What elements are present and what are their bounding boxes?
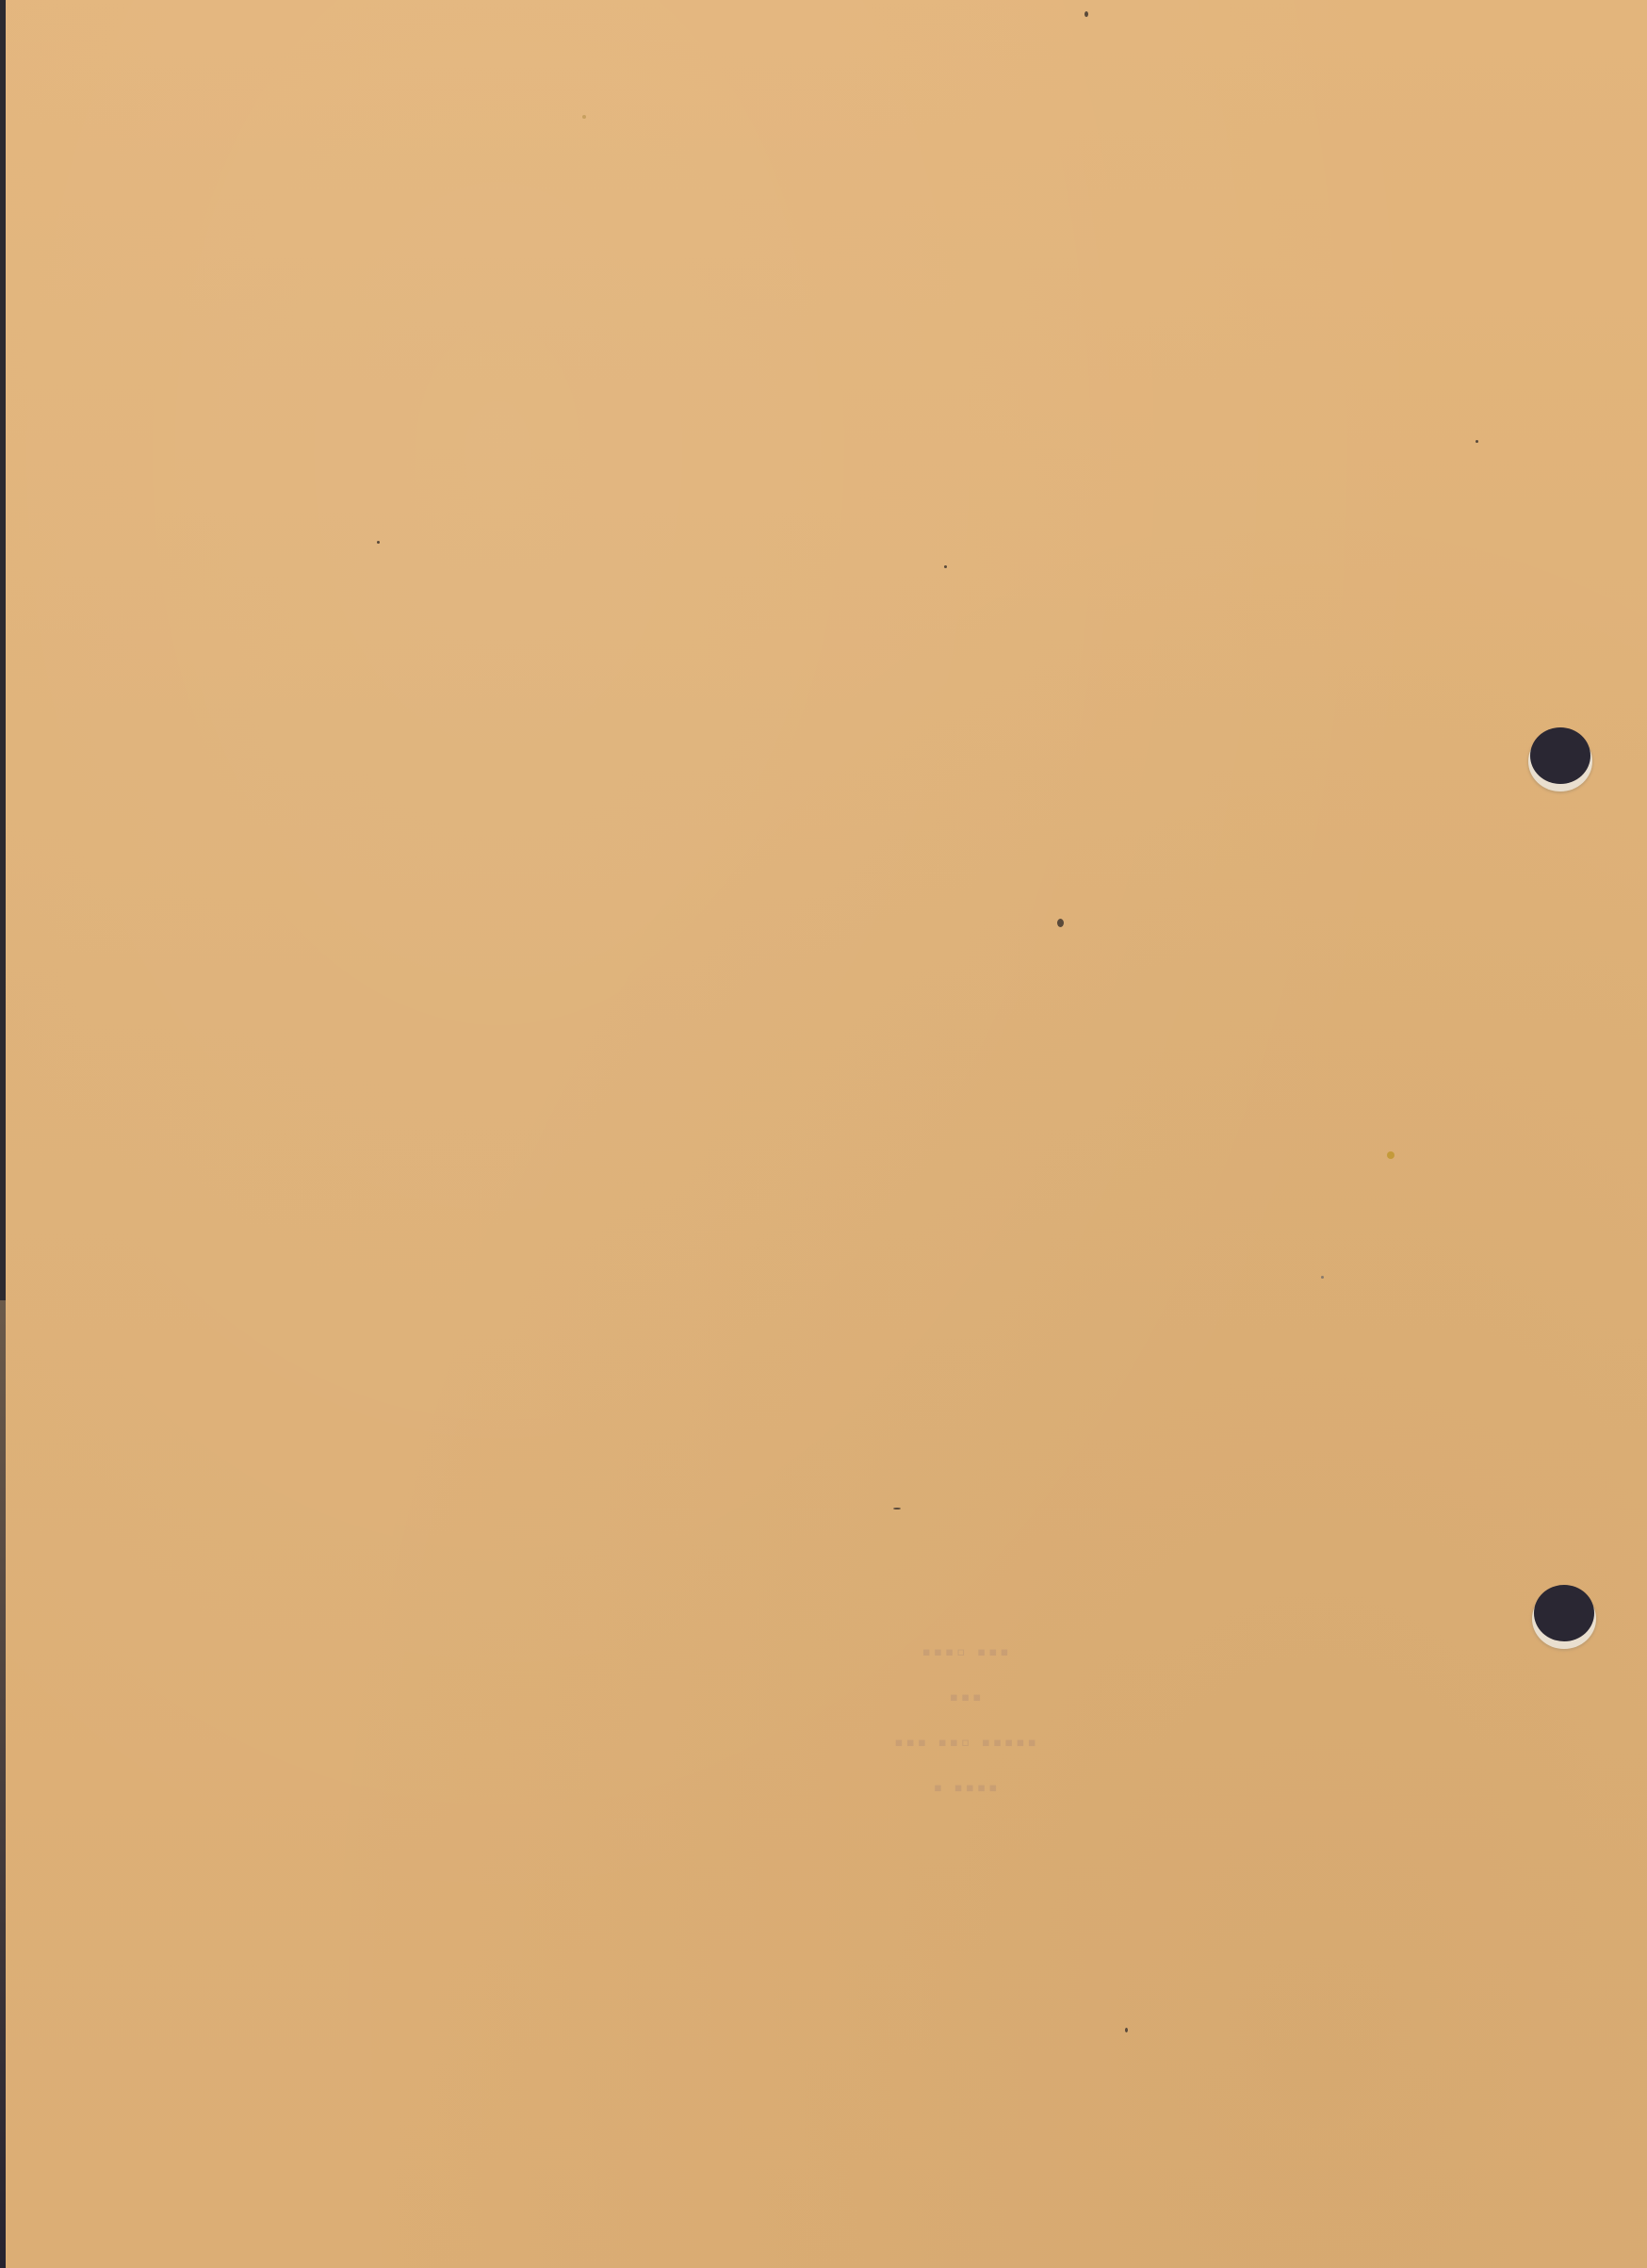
punch-hole-bottom	[1534, 1585, 1594, 1641]
punch-hole-top	[1530, 727, 1590, 784]
paper-speck	[1125, 2028, 1128, 2032]
paper-speck	[1476, 440, 1478, 443]
paper-speck	[893, 1508, 901, 1509]
paper-speck	[944, 565, 947, 568]
paper-speck	[1057, 919, 1064, 927]
paper-speck	[1387, 1151, 1394, 1159]
paper-speck	[377, 541, 380, 544]
paper-speck	[582, 115, 586, 119]
bleed-through-text: ▪▪▪▫ ▪▪▪▪▪▪▪▪▪ ▪▪▫ ▪▪▪▪▪▪ ▪▪▪▪	[750, 1630, 1183, 1811]
paper-sheet: ▪▪▪▫ ▪▪▪▪▪▪▪▪▪ ▪▪▫ ▪▪▪▪▪▪ ▪▪▪▪	[6, 0, 1647, 2268]
paper-speck	[1321, 1276, 1324, 1279]
paper-speck	[1084, 11, 1088, 17]
